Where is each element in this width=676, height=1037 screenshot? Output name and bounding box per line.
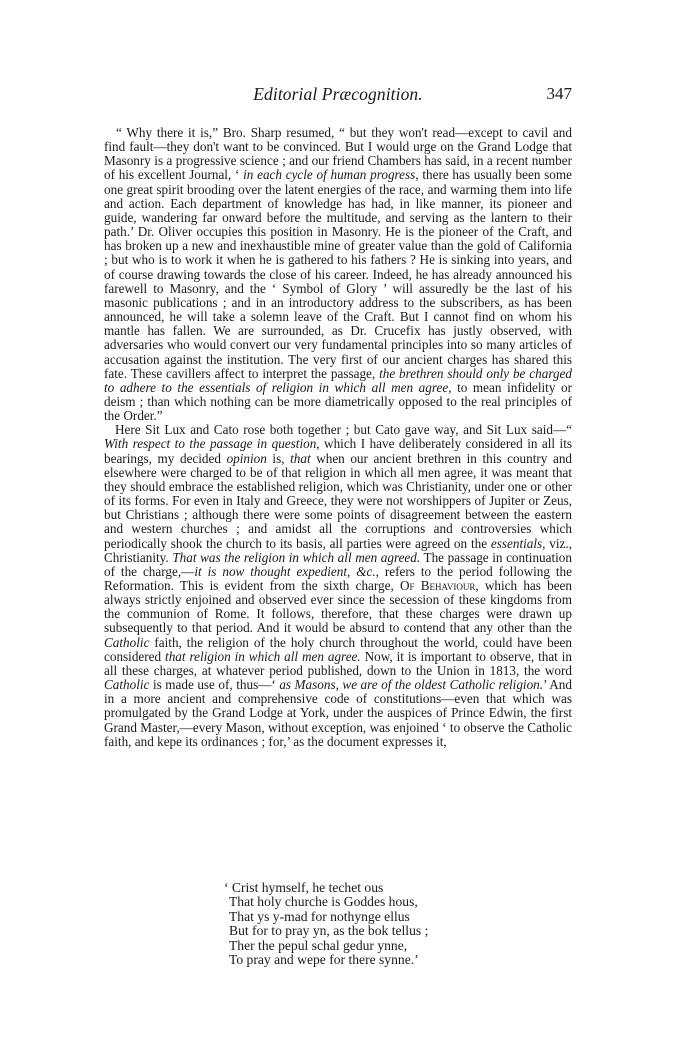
emphasis-text: in each cycle of human progress, [243,167,419,182]
text-run: is, [267,451,290,466]
page-number: 347 [547,84,573,104]
verse-line: ‘ Crist hymself, he techet ous [224,881,428,895]
emphasis-text: that [290,451,311,466]
verse-line: That holy churche is Goddes hous, [224,895,428,909]
running-title: Editorial Præcognition. [104,84,572,105]
emphasis-text: With respect to the passage in question, [104,436,320,451]
emphasis-text: Catholic [104,677,149,692]
text-run: Here Sit Lux and Cato rose both together… [115,422,572,437]
emphasis-text: That was the religion in which all men a… [172,550,420,565]
paragraph-sit-lux-speech: Here Sit Lux and Cato rose both together… [104,423,572,749]
emphasis-text: Catholic [104,635,149,650]
verse-line: But for to pray yn, as the bok tellus ; [224,924,428,938]
small-caps-text: Of Behaviour [400,578,475,593]
emphasis-text: as Masons, we are of the oldest Catholic… [279,677,543,692]
verse-line: That ys y-mad for nothynge ellus [224,910,428,924]
body-text: “ Why there it is,” Bro. Sharp resumed, … [104,126,572,749]
emphasis-text: essentials, [491,536,546,551]
verse-line: Ther the pepul schal gedur ynne, [224,939,428,953]
verse-quotation: ‘ Crist hymself, he techet ous That holy… [224,881,428,967]
emphasis-text: it is now thought expedient, &c., [194,564,379,579]
text-run: is made use of, thus—‘ [149,677,279,692]
running-head: Editorial Præcognition. 347 [104,84,572,106]
emphasis-text: that religion in which all men agree. [165,649,361,664]
paragraph-sharp-speech: “ Why there it is,” Bro. Sharp resumed, … [104,126,572,423]
book-page: Editorial Præcognition. 347 “ Why there … [0,0,676,1037]
verse-line: To pray and wepe for there synne.’ [224,953,428,967]
text-run: there has usually been some one great sp… [104,167,572,380]
emphasis-text: opinion [227,451,267,466]
